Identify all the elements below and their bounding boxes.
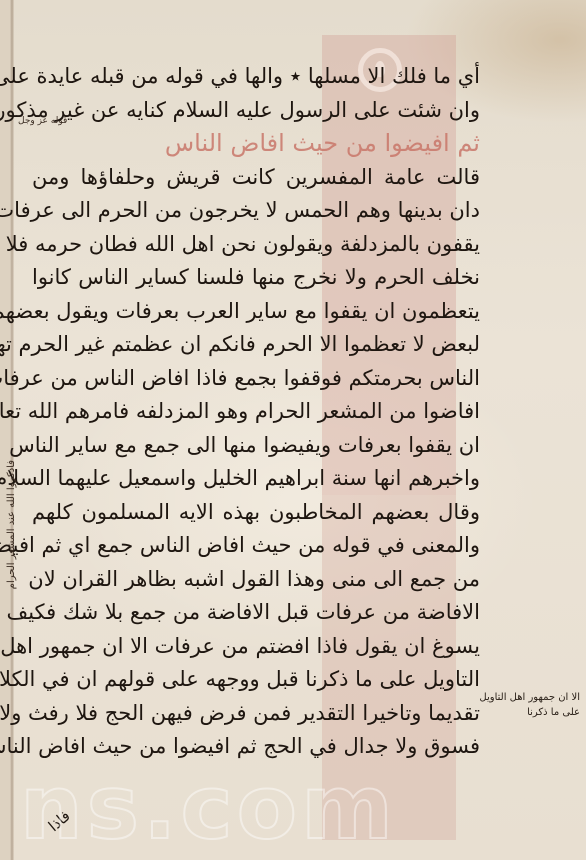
text-line: يقفون بالمزدلفة ويقولون نحن اهل الله فطا… — [32, 228, 480, 262]
text-line: نخلف الحرم ولا نخرج منها فلسنا كساير الن… — [32, 261, 480, 295]
text-line: الافاضة من عرفات قبل الافاضة من جمع بلا … — [32, 596, 480, 630]
text-line: تقديما وتاخيرا التقدير فمن فرض فيهن الحج… — [32, 697, 480, 731]
text-line: التاويل على ما ذكرنا قبل ووجهه على قولهم… — [32, 663, 480, 697]
text-line: ان يقفوا بعرفات ويفيضوا منها الى جمع مع … — [32, 429, 480, 463]
main-text-block: أي ما فلك الا مسلها ٭ والها في قوله من ق… — [32, 60, 480, 764]
text-line: وان شئت على الرسول عليه السلام كنايه عن … — [32, 94, 480, 128]
text-line: من جمع الى منى وهذا القول اشبه بظاهر الق… — [32, 563, 480, 597]
margin-note-right: الا ان جمهور اهل التاويل على ما ذكرنا — [470, 690, 580, 720]
text-line: يسوغ ان يقول فاذا افضتم من عرفات الا ان … — [32, 630, 480, 664]
text-line: أي ما فلك الا مسلها ٭ والها في قوله من ق… — [32, 60, 480, 94]
text-line: والمعنى في قوله من حيث افاض الناس جمع اي… — [32, 529, 480, 563]
margin-note-top-left: قوله عز وجل — [18, 116, 67, 126]
text-line: واخبرهم انها سنة ابراهيم الخليل واسمعيل … — [32, 462, 480, 496]
text-line: الناس بحرمتكم فوقفوا بجمع فاذا افاض النا… — [32, 362, 480, 396]
rubric-heading-line: ثم افيضوا من حيث افاض الناس — [32, 127, 480, 161]
text-line: دان بدينها وهم الحمس لا يخرجون من الحرم … — [32, 194, 480, 228]
margin-note-left-vertical: فاذكروا الله عند المشعر الحرام — [6, 460, 17, 589]
text-line: افاضوا من المشعر الحرام وهو المزدلفه فام… — [32, 395, 480, 429]
text-line: يتعظمون ان يقفوا مع ساير العرب بعرفات وي… — [32, 295, 480, 329]
manuscript-page: أي ما فلك الا مسلها ٭ والها في قوله من ق… — [0, 0, 586, 860]
text-line: وقال بعضهم المخاطبون بهذه الايه المسلمون… — [32, 496, 480, 530]
text-line: قالت عامة المفسرين كانت قريش وحلفاؤها وم… — [32, 161, 480, 195]
watermark-text: ns.com — [20, 764, 397, 852]
text-line: لبعض لا تعظموا الا الحرم فانكم ان عظمتم … — [32, 328, 480, 362]
